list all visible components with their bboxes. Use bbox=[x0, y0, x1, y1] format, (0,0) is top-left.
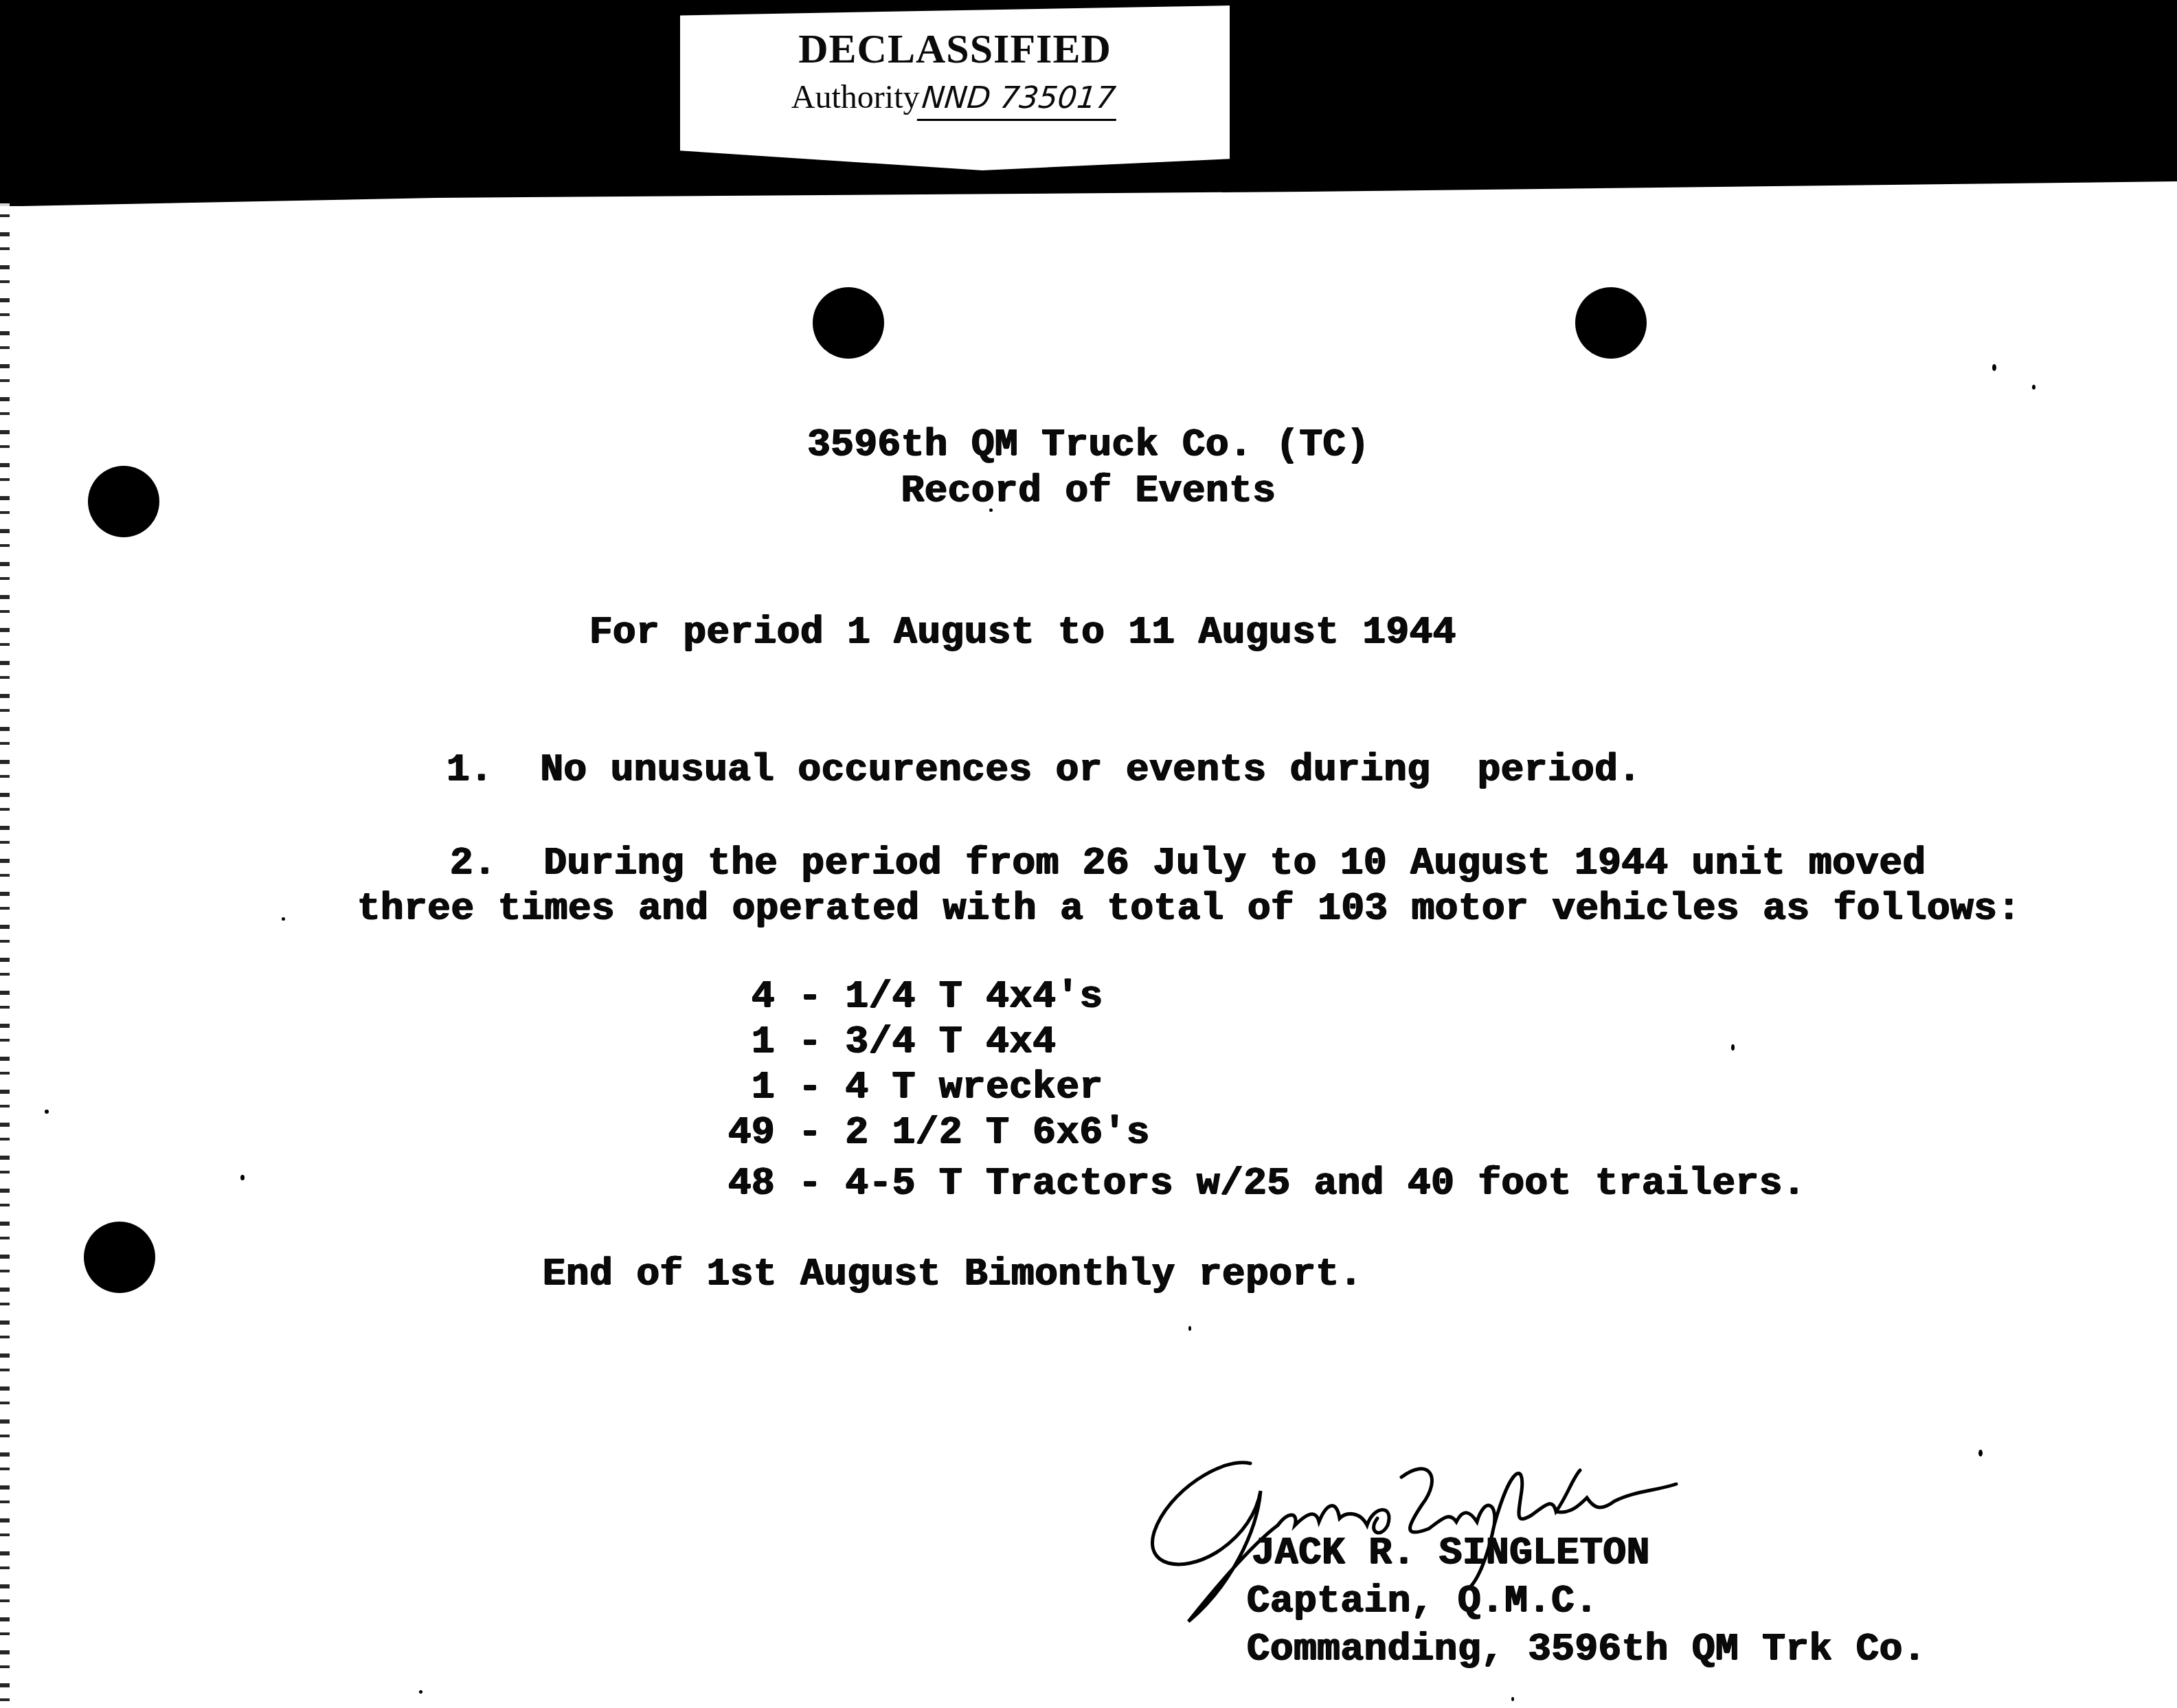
document-title: Record of Events bbox=[0, 469, 2177, 513]
paragraph-2-line-2: three times and operated with a total of… bbox=[357, 886, 2021, 930]
list-item: 1 - 4 T wrecker bbox=[728, 1065, 1103, 1109]
declassified-stamp: DECLASSIFIED AuthorityNND 735017 bbox=[680, 5, 1230, 170]
paragraph-1: 1. No unusual occurences or events durin… bbox=[447, 748, 1641, 791]
list-item: 48 - 4-5 T Tractors w/25 and 40 foot tra… bbox=[728, 1161, 1806, 1205]
report-period: For period 1 August to 11 August 1944 bbox=[589, 610, 1456, 654]
unit-heading: 3596th QM Truck Co. (TC) bbox=[0, 423, 2177, 467]
punch-hole-icon bbox=[84, 1222, 155, 1293]
list-item: 1 - 3/4 T 4x4 bbox=[728, 1020, 1056, 1064]
punch-hole-icon bbox=[1575, 287, 1647, 359]
paragraph-2-line-1: 2. During the period from 26 July to 10 … bbox=[450, 841, 1926, 885]
svg-text:Jack R. Singleton: Jack R. Singleton bbox=[1140, 1450, 1148, 1450]
stamp-authority-value: NND 735017 bbox=[917, 78, 1120, 121]
signer-name: JACK R. SINGLETON bbox=[1252, 1531, 1650, 1575]
list-item: 49 - 2 1/2 T 6x6's bbox=[728, 1110, 1150, 1154]
signer-command: Commanding, 3596th QM Trk Co. bbox=[1247, 1627, 1926, 1671]
stamp-title: DECLASSIFIED bbox=[680, 25, 1230, 73]
list-item: 4 - 1/4 T 4x4's bbox=[728, 974, 1103, 1018]
stamp-authority: AuthorityNND 735017 bbox=[680, 77, 1230, 121]
closing-line: End of 1st August Bimonthly report. bbox=[543, 1252, 1363, 1296]
signer-rank: Captain, Q.M.C. bbox=[1247, 1579, 1599, 1623]
punch-hole-icon bbox=[813, 287, 884, 359]
stamp-authority-label: Authority bbox=[791, 79, 920, 115]
